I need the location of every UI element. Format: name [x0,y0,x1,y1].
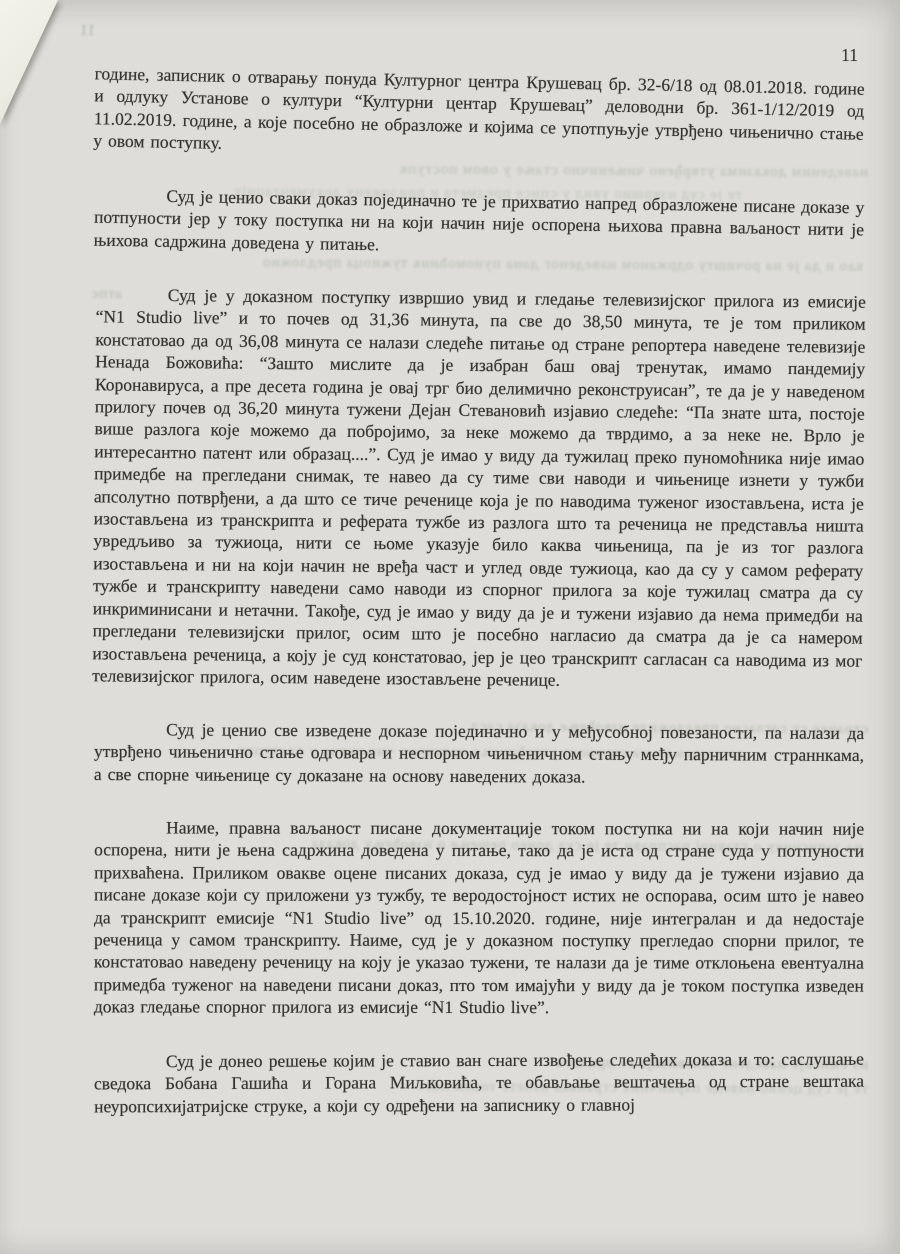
page-corner-fold [0,0,58,124]
paragraph: Суд је донео решење којим је ставио ван … [94,1048,864,1118]
fold-triangle [0,0,58,124]
paragraph-continuation: године, записник о отварању понуда Култу… [93,62,865,167]
paragraph: Суд је ценио све изведене доказе поједин… [94,718,864,789]
bleedthrough-page-number: 11 [80,22,95,40]
paragraph: Суд је у доказном поступку извршио увид … [92,283,866,694]
document-body: године, записник о отварању понуда Култу… [94,70,864,1146]
paragraph: Суд је ценио сваки доказ појединачно те … [93,183,864,263]
paragraph: Наиме, правна ваљаност писане документац… [94,817,864,1020]
scanned-document-page: 11 наведеним доказима утврђено чињенично… [0,0,900,1254]
page-number: 11 [841,45,858,66]
